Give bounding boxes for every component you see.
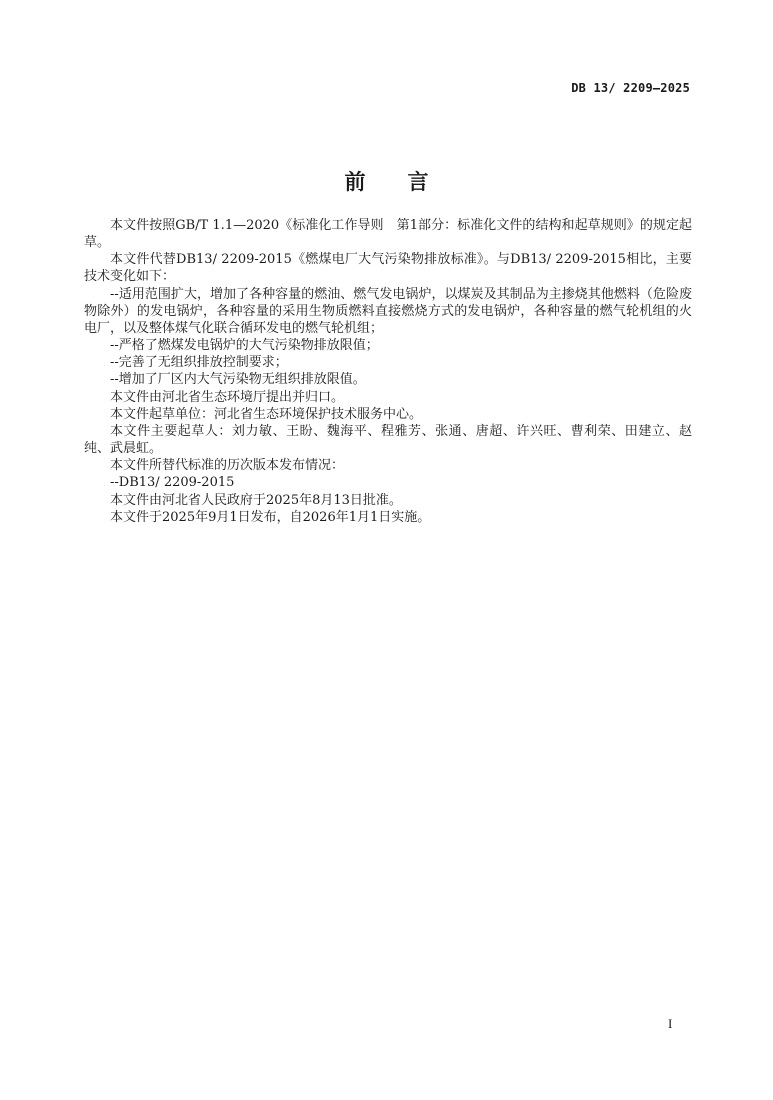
page-number: I [668, 1016, 672, 1032]
title-char-1: 前 [345, 170, 366, 194]
paragraph-release: 本文件于2025年9月1日发布，自2026年1月1日实施。 [84, 509, 692, 526]
foreword-body: 本文件按照GB/T 1.1—2020《标准化工作导则 第1部分：标准化文件的结构… [84, 217, 692, 526]
paragraph-basis: 本文件按照GB/T 1.1—2020《标准化工作导则 第1部分：标准化文件的结构… [84, 217, 692, 251]
history-item: --DB13/ 2209-2015 [84, 474, 692, 491]
paragraph-history: 本文件所替代标准的历次版本发布情况： [84, 457, 692, 474]
change-item-limits: --严格了燃煤发电锅炉的大气污染物排放限值； [84, 337, 692, 354]
paragraph-drafting-unit: 本文件起草单位：河北省生态环境保护技术服务中心。 [84, 406, 692, 423]
title-char-2: 言 [408, 170, 429, 194]
paragraph-replacement: 本文件代替DB13/ 2209-2015《燃煤电厂大气污染物排放标准》。与DB1… [84, 251, 692, 285]
paragraph-approval: 本文件由河北省人民政府于2025年8月13日批准。 [84, 492, 692, 509]
change-item-scope: --适用范围扩大，增加了各种容量的燃油、燃气发电锅炉，以煤炭及其制品为主掺烧其他… [84, 286, 692, 337]
document-code: DB 13/ 2209—2025 [571, 81, 690, 95]
change-item-fugitive-control: --完善了无组织排放控制要求； [84, 354, 692, 371]
paragraph-proposer: 本文件由河北省生态环境厅提出并归口。 [84, 389, 692, 406]
page-title: 前言 [0, 166, 773, 196]
change-item-plant-limits: --增加了厂区内大气污染物无组织排放限值。 [84, 371, 692, 388]
paragraph-drafters: 本文件主要起草人：刘力敏、王盼、魏海平、程雅芳、张通、唐超、许兴旺、曹利荣、田建… [84, 423, 692, 457]
